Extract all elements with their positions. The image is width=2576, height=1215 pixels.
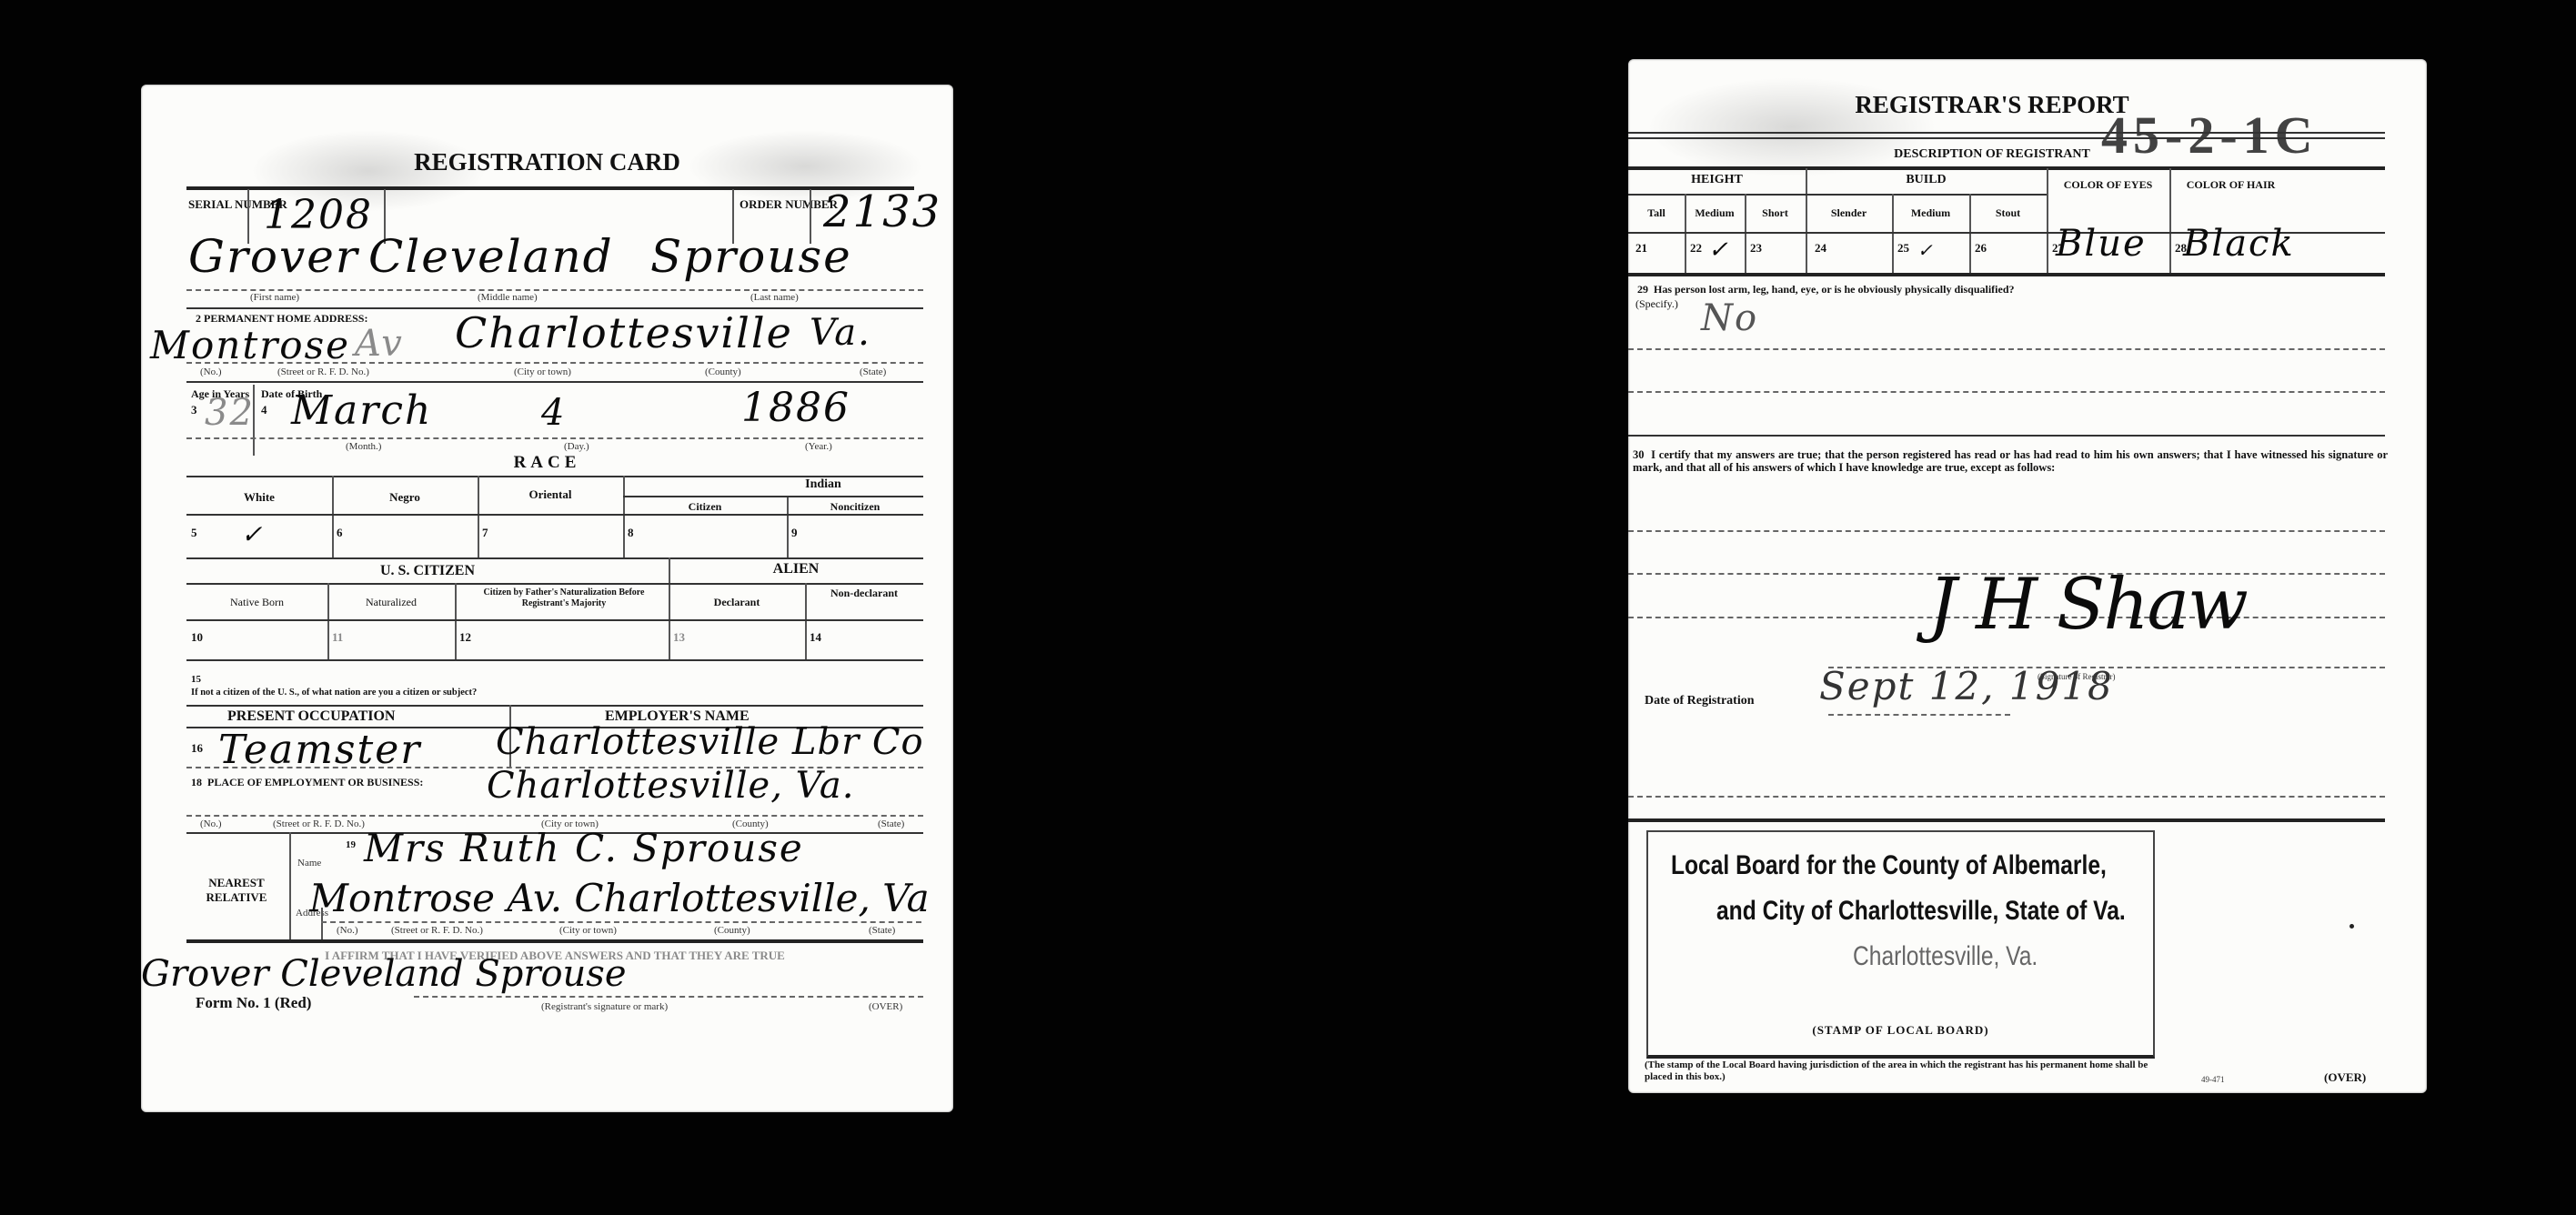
nearest-relative-label: NEAREST RELATIVE bbox=[186, 876, 287, 905]
relative-name-value: Mrs Ruth C. Sprouse bbox=[364, 826, 804, 870]
field-number: 23 bbox=[1750, 241, 1762, 256]
caption-state: (State) bbox=[878, 818, 904, 829]
serial-number-label: SERIAL NUMBER bbox=[188, 198, 243, 211]
caption-state: (State) bbox=[869, 925, 895, 936]
height-label: HEIGHT bbox=[1628, 173, 1806, 187]
address-city: Charlottesville bbox=[455, 308, 793, 357]
stamp-line-3: Charlottesville, Va. bbox=[1853, 941, 2038, 972]
divider bbox=[186, 557, 923, 559]
registrant-signature: Grover Cleveland Sprouse bbox=[141, 953, 627, 995]
q30-certification: 30 I certify that my answers are true; t… bbox=[1633, 448, 2388, 474]
divider bbox=[321, 908, 323, 939]
divider bbox=[321, 921, 921, 923]
registrant-last-name: Sprouse bbox=[650, 230, 852, 283]
divider bbox=[623, 496, 923, 497]
race-title: RACE bbox=[141, 453, 953, 473]
build-medium-label: Medium bbox=[1892, 206, 1969, 220]
height-tall-label: Tall bbox=[1628, 206, 1685, 220]
caption-city: (City or town) bbox=[559, 925, 617, 936]
local-board-stamp-box: Local Board for the County of Albemarle,… bbox=[1646, 830, 2155, 1059]
eye-color-value: Blue bbox=[2056, 223, 2147, 265]
form-label: Form No. 1 (Red) bbox=[196, 994, 311, 1012]
field-number: 24 bbox=[1815, 241, 1826, 256]
field-number: 22 bbox=[1690, 241, 1702, 256]
registration-card-back: REGISTRAR'S REPORT 45-2-1C DESCRIPTION O… bbox=[1628, 59, 2427, 1093]
field-number: 7 bbox=[482, 526, 488, 540]
height-short-label: Short bbox=[1745, 206, 1806, 220]
q29-answer: No bbox=[1701, 297, 1758, 339]
field-number: 29 bbox=[1637, 283, 1648, 296]
description-subtitle: DESCRIPTION OF REGISTRANT bbox=[1628, 147, 2356, 162]
dob-month: March bbox=[291, 387, 432, 434]
divider bbox=[186, 939, 923, 943]
field-number: 13 bbox=[673, 630, 685, 645]
divider bbox=[186, 705, 923, 707]
dob-line bbox=[186, 437, 923, 439]
divider bbox=[1628, 530, 2385, 532]
divider bbox=[805, 583, 807, 659]
build-medium-mark: ✓ bbox=[1917, 239, 1935, 261]
caption-county: (County) bbox=[714, 925, 750, 936]
caption-day: (Day.) bbox=[564, 441, 589, 452]
field-number: 26 bbox=[1975, 241, 1987, 256]
divider bbox=[1628, 132, 2385, 134]
divider bbox=[455, 583, 457, 659]
ink-dot bbox=[2350, 924, 2354, 929]
over-label: (OVER) bbox=[869, 1001, 902, 1012]
race-indian-noncitizen-label: Noncitizen bbox=[787, 500, 923, 514]
divider bbox=[1628, 137, 2385, 139]
dob-day: 4 bbox=[541, 392, 566, 434]
naturalized-label: Naturalized bbox=[327, 596, 455, 609]
divider bbox=[1628, 796, 2385, 798]
hair-color-value: Black bbox=[2183, 223, 2295, 265]
divider bbox=[327, 583, 329, 659]
declarant-label: Declarant bbox=[669, 596, 805, 609]
height-medium-mark: ✓ bbox=[1708, 236, 1730, 264]
field-number: 18 bbox=[191, 776, 202, 788]
dob-year: 1886 bbox=[741, 385, 850, 431]
middle-name-caption: (Middle name) bbox=[478, 292, 538, 303]
field-number: 9 bbox=[791, 526, 798, 540]
height-medium-label: Medium bbox=[1685, 206, 1745, 220]
first-name-caption: (First name) bbox=[250, 292, 299, 303]
caption-no: (No.) bbox=[200, 367, 222, 377]
race-white-mark: ✓ bbox=[241, 519, 264, 549]
field-number: 21 bbox=[1635, 241, 1647, 256]
alien-title: ALIEN bbox=[669, 561, 923, 577]
eye-color-label: COLOR OF EYES bbox=[2047, 179, 2169, 191]
field-number: 30 bbox=[1633, 448, 1645, 461]
address-state: Va. bbox=[810, 312, 871, 354]
q29-text: Has person lost arm, leg, hand, eye, or … bbox=[1654, 283, 2015, 296]
hair-color-label: COLOR OF HAIR bbox=[2169, 179, 2292, 191]
stamp-note: (The stamp of the Local Board having jur… bbox=[1645, 1059, 2172, 1083]
field-number: 12 bbox=[459, 630, 471, 645]
occupation-label: PRESENT OCCUPATION bbox=[227, 708, 395, 725]
divider bbox=[1628, 818, 2385, 822]
race-oriental-label: Oriental bbox=[478, 487, 623, 502]
race-white-label: White bbox=[186, 490, 332, 505]
divider bbox=[1628, 273, 2385, 276]
divider bbox=[186, 381, 923, 383]
field-number: 11 bbox=[332, 630, 343, 645]
divider bbox=[186, 659, 923, 661]
registration-card-front: REGISTRATION CARD SERIAL NUMBER 1208 ORD… bbox=[141, 85, 953, 1112]
caption-county: (County) bbox=[705, 367, 741, 377]
indian-label: Indian bbox=[741, 477, 905, 492]
divider bbox=[1628, 166, 2385, 170]
field-label: PLACE OF EMPLOYMENT OR BUSINESS: bbox=[207, 776, 423, 788]
field-number: 14 bbox=[810, 630, 821, 645]
last-name-caption: (Last name) bbox=[750, 292, 799, 303]
divider bbox=[1628, 348, 2385, 350]
divider bbox=[253, 385, 255, 456]
divider bbox=[186, 619, 923, 621]
divider bbox=[1628, 435, 2385, 437]
non-declarant-label: Non-declarant bbox=[828, 587, 901, 599]
print-code: 49-471 bbox=[2201, 1075, 2225, 1084]
employment-place-value: Charlottesville, Va. bbox=[487, 765, 854, 807]
field-number: 25 bbox=[1897, 241, 1909, 256]
caption-street: (Street or R. F. D. No.) bbox=[277, 367, 369, 377]
q29-question: 29 Has person lost arm, leg, hand, eye, … bbox=[1637, 283, 2015, 296]
divider bbox=[1628, 194, 2047, 196]
card-title: REGISTRATION CARD bbox=[141, 148, 953, 176]
date-line bbox=[1828, 714, 2010, 716]
order-number-label: ORDER NUMBER bbox=[740, 198, 803, 211]
stamp-caption: (STAMP OF LOCAL BOARD) bbox=[1648, 1023, 2153, 1038]
relative-name-label: Name bbox=[297, 858, 321, 869]
name-line bbox=[186, 289, 923, 291]
registrar-signature: J H Shaw bbox=[1928, 564, 2247, 646]
build-label: BUILD bbox=[1806, 173, 2047, 187]
q15-text: If not a citizen of the U. S., of what n… bbox=[191, 688, 477, 698]
stamp-line-1: Local Board for the County of Albemarle, bbox=[1671, 850, 2107, 881]
field-number: 10 bbox=[191, 630, 203, 645]
employment-place-label: 18 PLACE OF EMPLOYMENT OR BUSINESS: bbox=[191, 776, 423, 789]
field-number: 19 bbox=[346, 839, 356, 850]
over-label: (OVER) bbox=[2324, 1070, 2366, 1085]
stamp-line-2: and City of Charlottesville, State of Va… bbox=[1716, 896, 2126, 927]
signature-caption: (Registrant's signature or mark) bbox=[541, 1001, 668, 1012]
divider bbox=[289, 832, 291, 939]
divider bbox=[186, 186, 914, 190]
relative-address-value: Montrose Av. Charlottesville, Va bbox=[309, 876, 930, 920]
employer-value: Charlottesville Lbr Co bbox=[496, 721, 924, 763]
address-street: Av bbox=[355, 323, 404, 365]
divider bbox=[623, 476, 625, 557]
q30-text: I certify that my answers are true; that… bbox=[1633, 448, 2388, 474]
field-number: 15 bbox=[191, 674, 201, 685]
field-number: 6 bbox=[337, 526, 343, 540]
date-of-registration-label: Date of Registration bbox=[1645, 694, 1755, 708]
address-number: Montrose bbox=[150, 323, 350, 367]
signature-line bbox=[414, 996, 923, 998]
caption-year: (Year.) bbox=[805, 441, 832, 452]
field-number: 16 bbox=[191, 741, 203, 756]
us-citizen-title: U. S. CITIZEN bbox=[186, 563, 669, 579]
divider bbox=[186, 583, 923, 585]
field-number: 3 bbox=[191, 403, 197, 417]
divider bbox=[186, 815, 923, 817]
specify-label: (Specify.) bbox=[1635, 297, 1678, 311]
race-negro-label: Negro bbox=[332, 490, 478, 505]
date-of-registration-value: Sept 12, 1918 bbox=[1819, 664, 2114, 708]
caption-state: (State) bbox=[860, 367, 886, 377]
divider bbox=[186, 514, 923, 516]
citizen-by-father-label: Citizen by Father's Naturalization Befor… bbox=[464, 587, 664, 609]
address-line bbox=[186, 362, 923, 364]
build-stout-label: Stout bbox=[1969, 206, 2047, 220]
caption-no: (No.) bbox=[337, 925, 358, 936]
field-number: 5 bbox=[191, 526, 197, 540]
field-number: 8 bbox=[628, 526, 634, 540]
caption-month: (Month.) bbox=[346, 441, 381, 452]
caption-street: (Street or R. F. D. No.) bbox=[273, 818, 365, 829]
field-number: 4 bbox=[261, 403, 267, 417]
divider bbox=[332, 476, 334, 557]
registrant-first-name: Grover bbox=[188, 230, 359, 283]
caption-no: (No.) bbox=[200, 818, 222, 829]
divider bbox=[1628, 391, 2385, 393]
build-slender-label: Slender bbox=[1806, 206, 1892, 220]
caption-street: (Street or R. F. D. No.) bbox=[391, 925, 483, 936]
race-indian-citizen-label: Citizen bbox=[623, 500, 787, 514]
caption-city: (City or town) bbox=[514, 367, 571, 377]
native-born-label: Native Born bbox=[186, 596, 327, 609]
age-value: 32 bbox=[205, 392, 255, 434]
registrant-middle-name: Cleveland bbox=[368, 230, 614, 283]
